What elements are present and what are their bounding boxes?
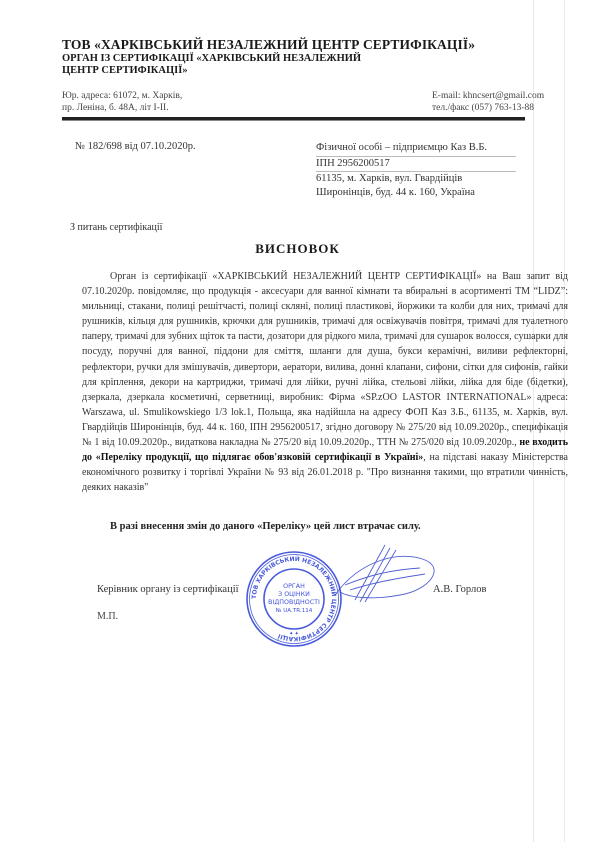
svg-text:№ UA.TR.114: № UA.TR.114: [276, 608, 313, 614]
email: E-mail: khncsert@gmail.com: [432, 90, 544, 102]
recipient-line4: Широнінців, буд. 44 к. 160, Україна: [316, 186, 516, 200]
body-paragraph: Орган із сертифікації «ХАРКІВСЬКИЙ НЕЗАЛ…: [82, 269, 568, 495]
svg-text:ОРГАН: ОРГАН: [283, 583, 305, 590]
note-paragraph: В разі внесення змін до даного «Переліку…: [82, 521, 568, 532]
document-title: ВИСНОВОК: [0, 241, 595, 257]
stamp-seal-icon: ТОВ ХАРКІВСЬКИЙ НЕЗАЛЕЖНИЙ ЦЕНТР СЕРТИФІ…: [244, 549, 344, 649]
recipient-line2: ІПН 2956200517: [316, 157, 516, 173]
legal-address-line1: Юр. адреса: 61072, м. Харків,: [62, 90, 182, 102]
seal-mark: М.П.: [97, 611, 118, 622]
subject: З питань сертифікації: [70, 222, 162, 233]
body-text: Орган із сертифікації «ХАРКІВСЬКИЙ НЕЗАЛ…: [82, 271, 568, 448]
recipient-block: Фізичної особі – підприємцю Каз В.Б. ІПН…: [316, 141, 516, 199]
legal-address-line2: пр. Леніна, б. 48А, літ І-ІІ.: [62, 102, 182, 114]
org-body-name: ОРГАН ІЗ СЕРТИФІКАЦІЇ «ХАРКІВСЬКИЙ НЕЗАЛ…: [62, 53, 392, 77]
letter-reference: № 182/698 від 07.10.2020р.: [75, 141, 196, 152]
phone: тел./факс (057) 763-13-88: [432, 102, 544, 114]
signer-position: Керівник органу із сертифікації: [97, 584, 239, 595]
svg-text:З ОЦІНКИ: З ОЦІНКИ: [278, 591, 310, 598]
org-name: ТОВ «ХАРКІВСЬКИЙ НЕЗАЛЕЖНИЙ ЦЕНТР СЕРТИФ…: [62, 37, 475, 53]
recipient-line3: 61135, м. Харків, вул. Гвардійців: [316, 172, 516, 186]
signature-icon: [330, 540, 450, 610]
svg-text:ВІДПОВІДНОСТІ: ВІДПОВІДНОСТІ: [268, 599, 320, 606]
recipient-line1: Фізичної особі – підприємцю Каз В.Б.: [316, 141, 516, 157]
legal-address: Юр. адреса: 61072, м. Харків, пр. Леніна…: [62, 90, 182, 114]
svg-text:✦ ✦: ✦ ✦: [289, 631, 299, 637]
contacts: E-mail: khncsert@gmail.com тел./факс (05…: [432, 90, 544, 114]
header-divider: [62, 117, 525, 121]
